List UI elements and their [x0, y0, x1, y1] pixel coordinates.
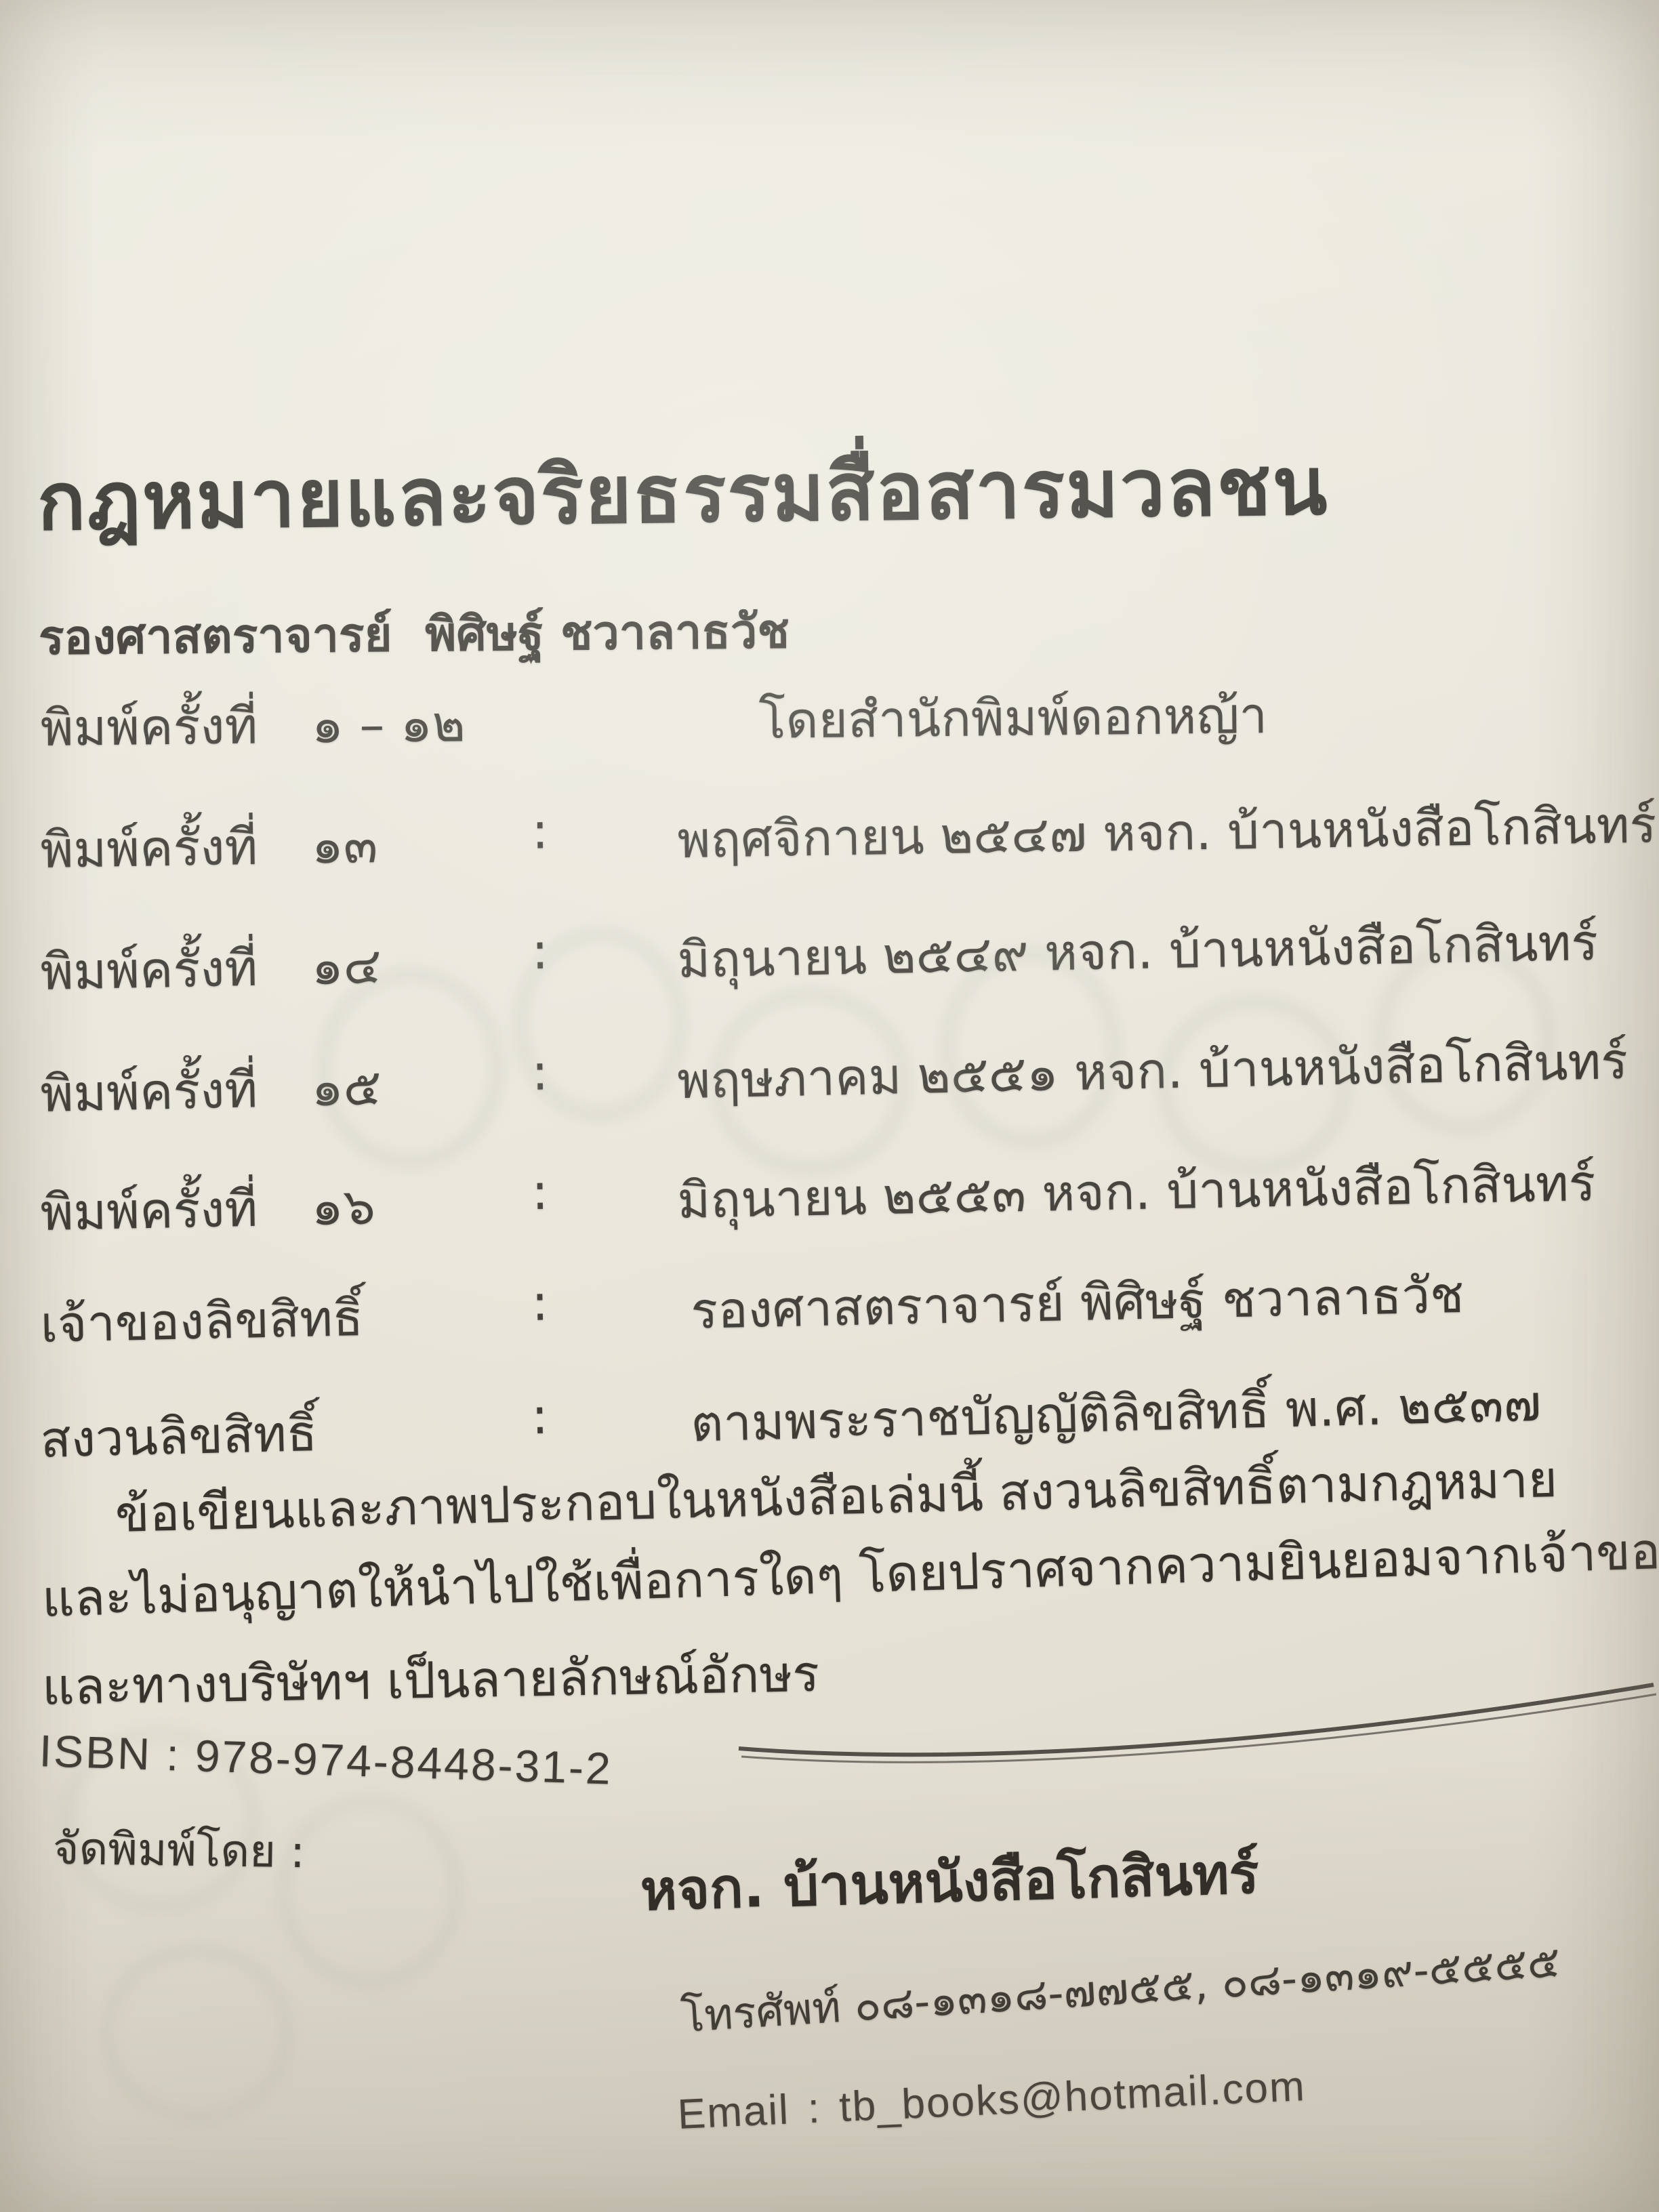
book-page: กฎหมายและจริยธรรมสื่อสารมวลชน รองศาสตราจ…	[0, 0, 1659, 2212]
publisher-phone: โทรศัพท์ ๐๘-๑๓๑๘-๗๗๕๕, ๐๘-๑๓๑๙-๕๕๕๕	[679, 1927, 1562, 2051]
edition-number: ๑๔	[310, 925, 382, 1006]
published-by-label: จัดพิมพ์โดย :	[52, 1813, 306, 1887]
edition-value: โดยสำนักพิมพ์ดอกหญ้า	[758, 675, 1268, 760]
edition-label: พิมพ์ครั้งที่	[40, 806, 258, 890]
edition-number: ๑๖	[310, 1166, 375, 1248]
edition-value: มิถุนายน ๒๕๔๙ หจก. บ้านหนังสือโกสินทร์	[676, 902, 1599, 1000]
colon-separator: :	[531, 1163, 549, 1221]
isbn-text: ISBN : 978-974-8448-31-2	[39, 1725, 613, 1795]
rights-reserved-label: สงวนลิขสิทธิ์	[39, 1393, 318, 1479]
edition-value: พฤษภาคม ๒๕๕๑ หจก. บ้านหนังสือโกสินทร์	[676, 1021, 1629, 1120]
colon-separator: :	[531, 922, 549, 981]
edition-row: พิมพ์ครั้งที่ ๑๖ : มิถุนายน ๒๕๕๓ หจก. บ้…	[40, 1140, 1659, 1274]
edition-label: พิมพ์ครั้งที่	[39, 1049, 258, 1134]
colon-separator: :	[531, 1273, 549, 1332]
edition-number: ๑๓	[311, 804, 378, 886]
copyright-owner-label: เจ้าของลิขสิทธิ์	[39, 1277, 364, 1364]
edition-row: พิมพ์ครั้งที่ ๑๓ : พฤศจิกายน ๒๕๔๗ หจก. บ…	[40, 783, 1659, 912]
edition-value: มิถุนายน ๒๕๕๓ หจก. บ้านหนังสือโกสินทร์	[676, 1143, 1596, 1240]
book-author: รองศาสตราจารย์ พิศิษฐ์ ชวาลาธวัช	[39, 593, 790, 675]
copyright-owner-value: รองศาสตราจารย์ พิศิษฐ์ ชวาลาธวัช	[690, 1254, 1465, 1351]
publisher-email: Email : tb_books@hotmail.com	[676, 2062, 1307, 2139]
book-title: กฎหมายและจริยธรรมสื่อสารมวลชน	[37, 422, 1329, 565]
edition-number: ๑๕	[310, 1046, 382, 1128]
edition-label: พิมพ์ครั้งที่	[40, 686, 258, 768]
colon-separator: :	[531, 802, 549, 860]
edition-number: ๑ – ๑๒	[311, 683, 466, 764]
publisher-name: หจก. บ้านหนังสือโกสินทร์	[639, 1830, 1260, 1935]
edition-row: พิมพ์ครั้งที่ ๑๕ : พฤษภาคม ๒๕๕๑ หจก. บ้า…	[39, 1019, 1659, 1155]
colon-separator: :	[531, 1387, 549, 1446]
edition-row: พิมพ์ครั้งที่ ๑ – ๑๒ โดยสำนักพิมพ์ดอกหญ้…	[40, 670, 1659, 790]
copyright-notice-line: และทางบริษัทฯ เป็นลายลักษณ์อักษร	[41, 1633, 820, 1727]
colon-separator: :	[531, 1043, 549, 1102]
decorative-rule	[732, 1681, 1659, 1796]
edition-row: พิมพ์ครั้งที่ ๑๔ : มิถุนายน ๒๕๔๙ หจก. บ้…	[40, 899, 1659, 1033]
edition-value: พฤศจิกายน ๒๕๔๗ หจก. บ้านหนังสือโกสินทร์	[677, 785, 1657, 880]
edition-label: พิมพ์ครั้งที่	[40, 1168, 259, 1252]
edition-label: พิมพ์ครั้งที่	[40, 928, 259, 1012]
